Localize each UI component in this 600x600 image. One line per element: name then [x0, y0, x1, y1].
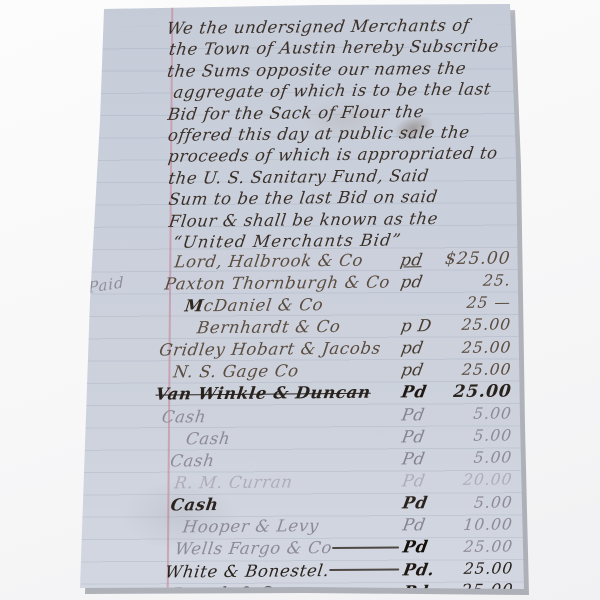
paid-mark: Pd [401, 449, 448, 468]
subscriber-name: R. M. Curran [173, 472, 294, 492]
amount-value: 25. [444, 272, 512, 291]
row-gap [341, 326, 402, 327]
subscriber-name: N. S. Gage Co [172, 362, 300, 382]
row-gap [206, 414, 402, 416]
amount-value: 5.00 [446, 493, 514, 512]
row-gap [299, 370, 402, 371]
subscriber-row: Gridley Hobart & Jacobs pd 25.00 [159, 336, 511, 361]
paid-mark: Pd [401, 537, 448, 556]
amount-value: 25.00 [444, 338, 512, 357]
paid-mark: Pd [400, 382, 447, 401]
amount-value: $25.00 [444, 249, 512, 270]
paid-mark: Pd. [402, 560, 449, 579]
subscriber-name: Hooper & Levy [182, 516, 321, 536]
subscriber-name: Cash [169, 495, 219, 514]
subscriber-name: McDaniel & Co [184, 295, 325, 315]
row-gap [219, 503, 403, 505]
subscriber-row: Bernhardt & Co p D 25.00 [197, 314, 511, 339]
subscriber-row: Van Winkle & Duncan Pd 25.00 [156, 380, 512, 405]
subscriber-name: White & Bonestel. [164, 561, 331, 581]
paid-mark: Pd [401, 427, 448, 446]
paid-mark: Pd [400, 405, 447, 424]
subscriber-row: R. M. Curran Pd 20.00 [174, 469, 512, 494]
subscriber-row: Wells Fargo & Co Pd 25.00 [175, 535, 513, 560]
amount-value: 10.00 [446, 515, 514, 534]
subscriber-name: Paxton Thornburgh & Co [163, 272, 391, 293]
amount-value: 5.00 [445, 405, 513, 424]
amount-value: 25.00 [446, 537, 514, 556]
subscriber-row: McDaniel & Co 25 — [185, 292, 511, 317]
amount-value: 25.00 [446, 559, 514, 578]
subscriber-name: Wells Fargo & Co [174, 538, 334, 558]
paid-mark: Pd [401, 493, 448, 512]
amount-value: 5.00 [445, 449, 513, 468]
paid-mark: p D [400, 316, 447, 335]
subscriber-name: Gridley Hobart & Jacobs [158, 339, 382, 360]
paid-mark: pd [400, 338, 447, 357]
heading-line: aggregate of which is to be the last [172, 78, 519, 103]
paid-mark: pd [400, 360, 447, 379]
heading-paragraph: We the undersigned Merchants of the Town… [167, 14, 519, 253]
paid-mark: pd [399, 250, 446, 269]
row-gap [230, 437, 402, 438]
subscriber-row: Cash Pd 5.00 [162, 402, 512, 427]
subscriber-row: Paxton Thornburgh & Co pd 25. [165, 270, 511, 295]
row-gap [319, 525, 403, 526]
subscriber-row: Hooper & Levy Pd 10.00 [183, 513, 513, 538]
row-gap [293, 481, 403, 482]
amount-value: 5.00 [445, 427, 513, 446]
subscriber-name: Lord, Halbrook & Co [173, 250, 364, 271]
amount-value: 25.00 [445, 360, 513, 379]
paid-mark: pd [399, 272, 446, 291]
subscriber-name: Cash [185, 429, 232, 448]
amount-value: 25.00 [444, 316, 512, 335]
subscriber-row: Lord, Halbrook & Co pd $25.00 [174, 247, 510, 272]
paid-mark: Pd [401, 471, 448, 490]
subscriber-name: Bernhardt & Co [196, 317, 342, 337]
row-gap [332, 546, 403, 549]
subscriber-row: Cash Pd 5.00 [186, 425, 512, 450]
subscriber-name: Cash [161, 407, 208, 426]
amount-value: 25.00 [445, 381, 513, 402]
row-gap [329, 568, 403, 571]
subscriber-name: Cash [169, 451, 216, 470]
subscriber-row: White & Bonestel. Pd. 25.00 [165, 557, 513, 582]
subscriber-name: Van Winkle & Duncan [154, 383, 372, 404]
subscriber-row: N. S. Gage Co pd 25.00 [173, 358, 511, 383]
subscriber-row: Cash Pd 5.00 [170, 447, 512, 472]
subscriber-list: Lord, Halbrook & Co pd $25.00 Paxton Tho… [158, 247, 513, 600]
row-gap [215, 459, 403, 461]
subscriber-row: Cash Pd 5.00 [171, 491, 513, 516]
amount-value: 20.00 [446, 471, 514, 490]
paid-mark: Pd [401, 515, 448, 534]
row-gap [323, 304, 401, 305]
amount-value: 25 — [444, 294, 512, 313]
